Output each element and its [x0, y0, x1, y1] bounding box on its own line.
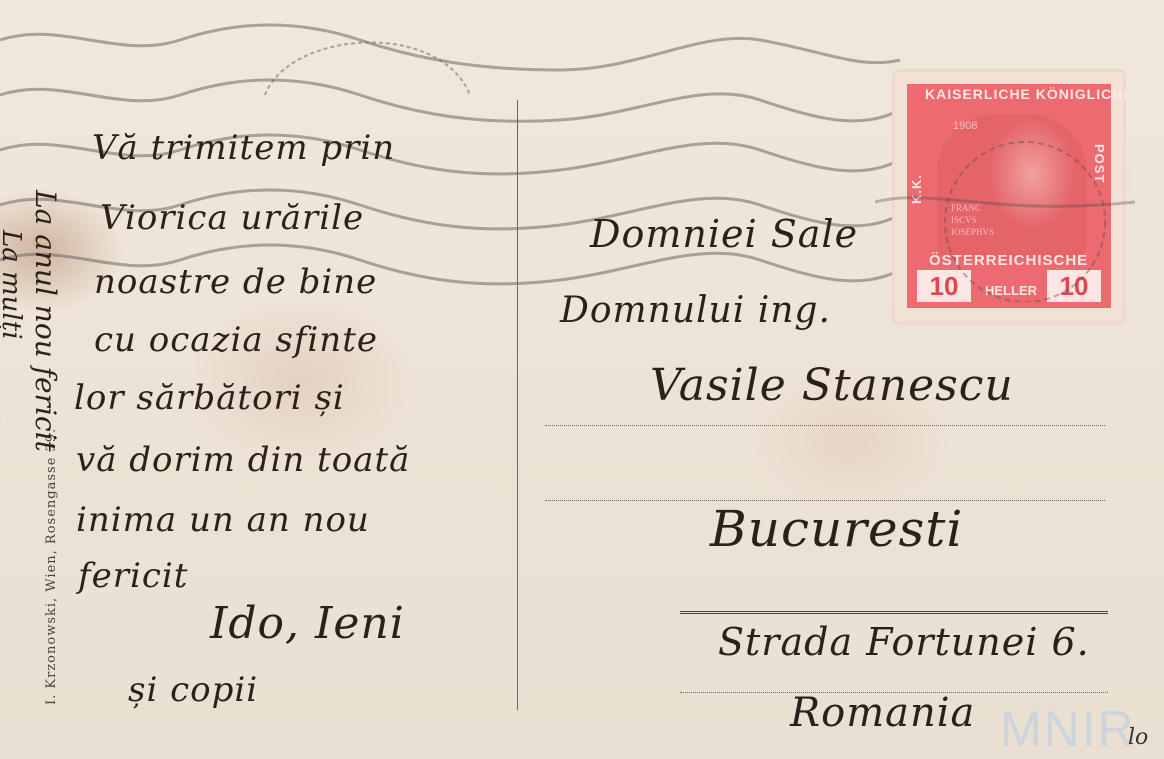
- postage-stamp: KAISERLICHE KÖNIGLICHE K.K. POST ÖSTERRE…: [895, 72, 1123, 322]
- stamp-postmark-circle: [875, 132, 1135, 302]
- signature-suffix: și copii: [128, 670, 258, 710]
- message-line-2: Viorica urările: [100, 198, 364, 238]
- message-line-8: fericit: [78, 556, 188, 596]
- address-title: Domnului ing.: [560, 290, 831, 331]
- museum-watermark: MNIR: [1000, 700, 1136, 758]
- margin-note-line-1: La mulți: [0, 230, 26, 340]
- postcard-back: I. Krzonowski, Wien, Rosengasse 39. La a…: [0, 0, 1164, 759]
- message-line-5: lor sărbători și: [74, 378, 345, 418]
- signature: Ido, Ieni: [210, 598, 405, 649]
- address-country: Romania: [790, 690, 975, 736]
- address-line-3: [680, 611, 1108, 614]
- margin-note-new-year: La anul nou fericit: [29, 190, 62, 452]
- address-street: Strada Fortunei 6.: [718, 620, 1090, 664]
- message-line-3: noastre de bine: [94, 262, 377, 302]
- corner-mark: lo: [1128, 725, 1148, 750]
- message-line-7: inima un an nou: [76, 500, 370, 540]
- stamp-year: 1908: [953, 120, 977, 132]
- message-line-6: vă dorim din toată: [76, 440, 410, 480]
- center-divider: [517, 100, 518, 710]
- printer-imprint: I. Krzonowski, Wien, Rosengasse 39.: [44, 428, 59, 705]
- address-name: Vasile Stanescu: [650, 360, 1014, 411]
- address-salutation: Domniei Sale: [590, 212, 858, 256]
- message-line-1: Vă trimitem prin: [92, 128, 395, 168]
- address-line-1: [545, 425, 1105, 426]
- margin-note-line-2: ani!: [0, 380, 4, 431]
- message-line-4: cu ocazia sfinte: [94, 320, 378, 360]
- address-city: Bucuresti: [710, 500, 963, 558]
- stamp-text-top: KAISERLICHE KÖNIGLICHE: [925, 86, 1134, 102]
